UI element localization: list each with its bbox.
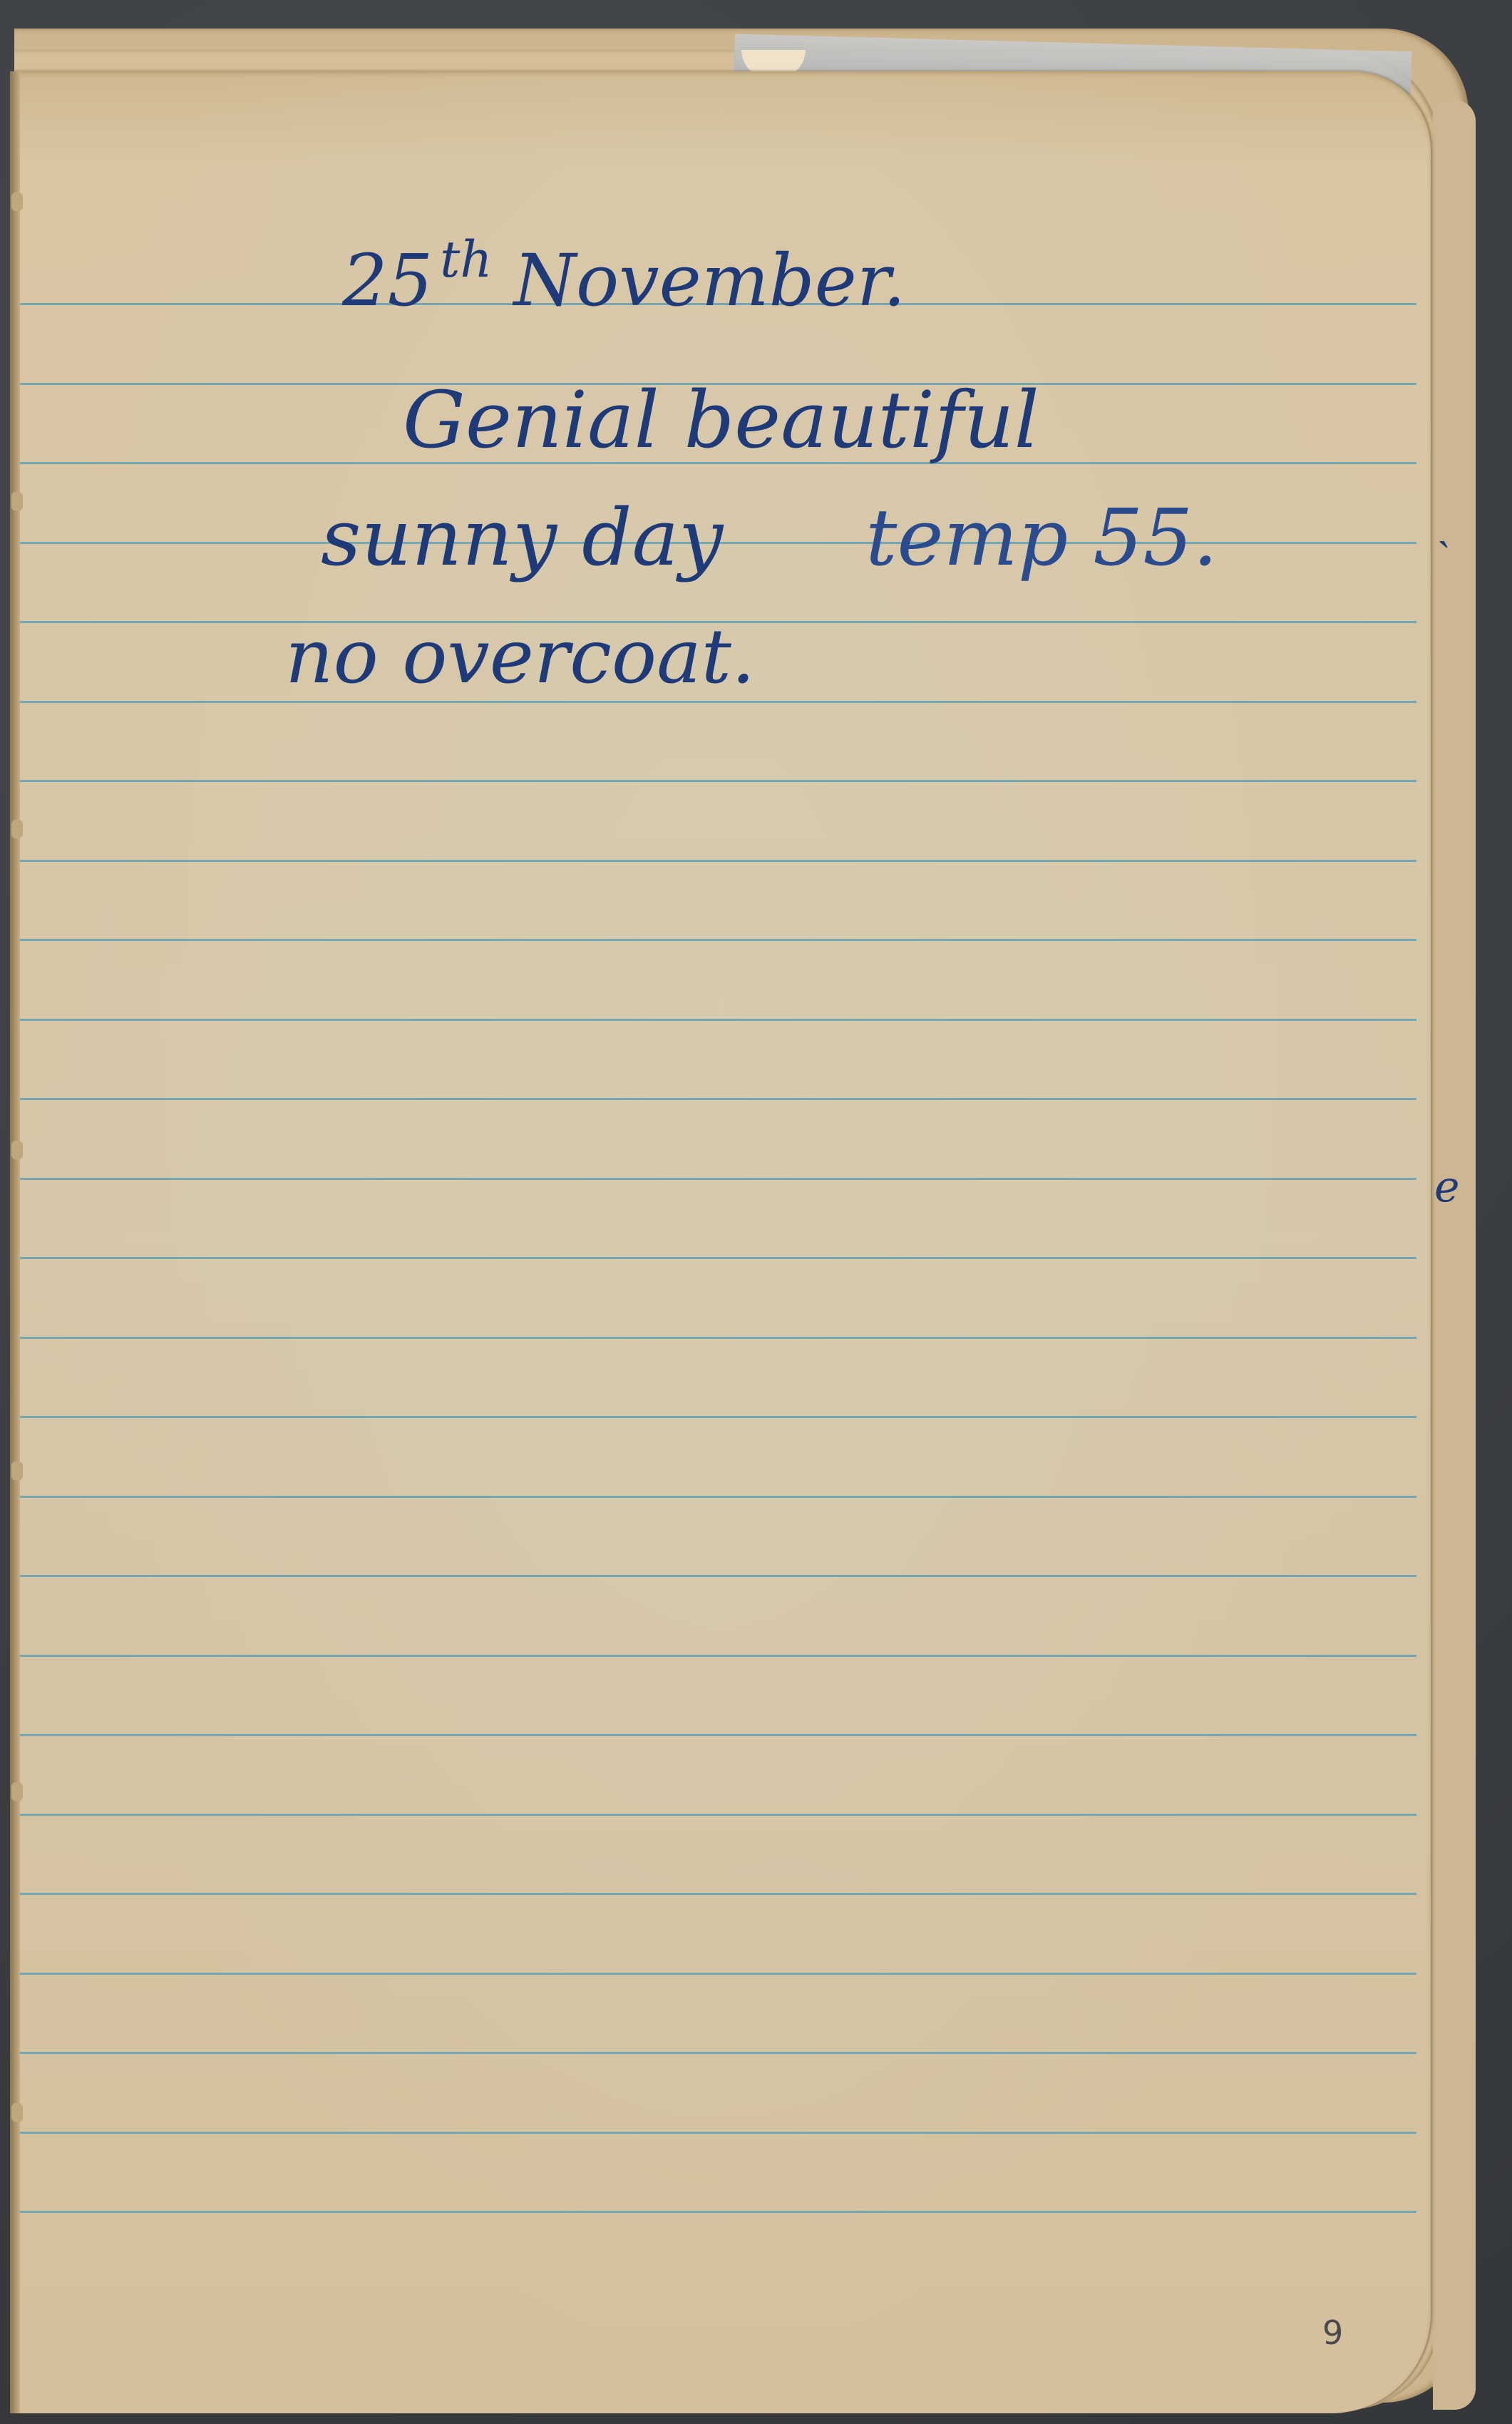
date-month: November. [513,239,905,322]
adjacent-page-edge [1433,100,1476,2410]
margin-fragment: e [1434,1162,1460,1212]
ruled-line [20,1416,1416,1418]
ruled-line [20,1734,1416,1736]
page-number: 9 [1322,2313,1343,2352]
margin-fragment: ˎ [1436,499,1451,549]
ruled-line [20,1098,1416,1100]
ruled-line [20,780,1416,782]
stitch-hole [11,1141,23,1159]
date-suffix: th [440,230,492,289]
entry-line-3: no overcoat. [285,613,755,700]
ruled-line [20,1814,1416,1816]
stitch-hole [11,492,23,510]
entry-line-2: sunny daytemp 55. [321,492,1218,583]
date-day: 25 [342,239,433,322]
stitch-hole [11,192,23,211]
ruled-line [20,860,1416,862]
entry-line-1: Genial beautiful [403,374,1039,466]
ruled-line [20,1893,1416,1895]
stitch-hole [11,2103,23,2122]
ruled-line [20,1575,1416,1577]
ruled-line [20,1019,1416,1021]
temperature-note: temp 55. [865,492,1218,583]
ruled-line [20,2211,1416,2213]
stitch-hole [11,1462,23,1480]
spine-edge [10,71,20,2413]
entry-date: 25thNovember. [342,239,905,322]
entry-line-2-text: sunny day [321,492,723,583]
stitch-hole [11,1782,23,1801]
ruled-line [20,1655,1416,1657]
ruled-line [20,2132,1416,2134]
stitch-hole [11,820,23,838]
ruled-line [20,1496,1416,1498]
ruled-line [20,1337,1416,1339]
ruled-line [20,939,1416,941]
ruled-line [20,2052,1416,2054]
ruled-line [20,1178,1416,1180]
ruled-line [20,1973,1416,1975]
ruled-line [20,701,1416,703]
ruled-line [20,1257,1416,1259]
